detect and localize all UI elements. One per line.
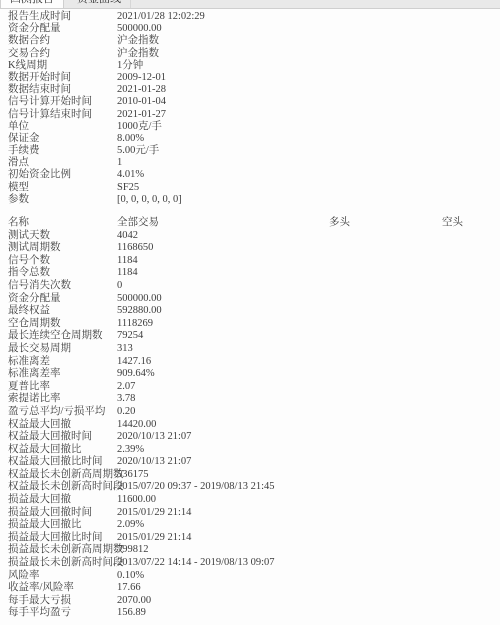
table-row: 权益最大回撤 14420.00 [0, 419, 500, 432]
info-row-value: 2010-01-04 [117, 96, 500, 108]
stats-row-label: 最长交易周期 [0, 343, 117, 356]
stats-row-short-value [442, 494, 500, 507]
stats-row-all-value: 2015/01/29 21:14 [117, 507, 329, 520]
stats-row-long-value [329, 280, 442, 293]
table-row: 每手最大亏损 2070.00 [0, 595, 500, 608]
stats-row-all-value: 17.66 [117, 582, 329, 595]
report-tab-bar: 回测报告 资金曲线 [0, 0, 500, 9]
stats-row-all-value: 2.39% [117, 444, 329, 457]
info-row-value: 1分钟 [117, 60, 500, 72]
stats-row-all-value: 313 [117, 343, 329, 356]
info-row: 单位 1000克/手 [0, 121, 500, 133]
info-row: 数据结束时间 2021-01-28 [0, 84, 500, 96]
stats-row-long-value [329, 507, 442, 520]
stats-row-long-value [329, 607, 442, 620]
info-row-label: 资金分配量 [0, 23, 117, 35]
info-row-label: 交易合约 [0, 48, 117, 60]
stats-row-label: 最长连续空仓周期数 [0, 330, 117, 343]
table-row: 权益最长未创新高时间段 2015/07/20 09:37 - 2019/08/1… [0, 481, 500, 494]
stats-row-label: 资金分配量 [0, 293, 117, 306]
stats-row-all-value: 909.64% [117, 368, 329, 381]
stats-row-short-value [442, 469, 500, 482]
stats-row-label: 盈亏总平均/亏损平均 [0, 406, 117, 419]
stats-row-short-value [442, 456, 500, 469]
stats-row-all-value: 0 [117, 280, 329, 293]
table-row: 权益最长未创新高周期数 536175 [0, 469, 500, 482]
stats-row-short-value [442, 356, 500, 369]
stats-row-long-value [329, 406, 442, 419]
info-row: 保证金 8.00% [0, 133, 500, 145]
info-row-value: 8.00% [117, 133, 500, 145]
stats-row-label: 每手平均盈亏 [0, 607, 117, 620]
table-row: 最终权益 592880.00 [0, 305, 500, 318]
stats-row-all-value: 2015/07/20 09:37 - 2019/08/13 21:45 [117, 481, 329, 494]
info-row: 报告生成时间 2021/01/28 12:02:29 [0, 11, 500, 23]
info-row: 手续费 5.00元/手 [0, 145, 500, 157]
stats-row-short-value [442, 293, 500, 306]
stats-row-all-value: 2.09% [117, 519, 329, 532]
stats-row-short-value [442, 444, 500, 457]
table-row: 权益最大回撤比时间 2020/10/13 21:07 [0, 456, 500, 469]
stats-row-short-value [442, 280, 500, 293]
table-row: 最长交易周期 313 [0, 343, 500, 356]
stats-row-short-value [442, 305, 500, 318]
table-row: 测试天数 4042 [0, 230, 500, 243]
stats-row-short-value [442, 557, 500, 570]
stats-row-short-value [442, 393, 500, 406]
stats-row-long-value [329, 469, 442, 482]
table-row: 损益最大回撤比 2.09% [0, 519, 500, 532]
stats-row-long-value [329, 544, 442, 557]
stats-row-short-value [442, 582, 500, 595]
report-tab[interactable]: 资金曲线 [68, 0, 131, 9]
stats-row-label: 标准离差 [0, 356, 117, 369]
stats-row-label: 测试天数 [0, 230, 117, 243]
stats-row-long-value [329, 456, 442, 469]
stats-row-label: 测试周期数 [0, 242, 117, 255]
stats-row-all-value: 1184 [117, 255, 329, 268]
info-row-value: 5.00元/手 [117, 145, 500, 157]
stats-row-label: 权益最大回撤时间 [0, 431, 117, 444]
stats-row-long-value [329, 330, 442, 343]
table-row: 信号消失次数 0 [0, 280, 500, 293]
stats-header-short: 空头 [442, 217, 500, 230]
info-row-label: 初始资金比例 [0, 169, 117, 181]
info-row: 交易合约 沪金指数 [0, 48, 500, 60]
stats-row-all-value: 2.07 [117, 381, 329, 394]
stats-row-long-value [329, 532, 442, 545]
info-row: 初始资金比例 4.01% [0, 169, 500, 181]
stats-row-short-value [442, 481, 500, 494]
table-row: 损益最大回撤比时间 2015/01/29 21:14 [0, 532, 500, 545]
stats-row-short-value [442, 267, 500, 280]
info-row: 数据开始时间 2009-12-01 [0, 72, 500, 84]
info-row-value: 沪金指数 [117, 48, 500, 60]
stats-row-label: 权益最大回撤比时间 [0, 456, 117, 469]
stats-row-label: 损益最长未创新高时间段 [0, 557, 117, 570]
stats-row-all-value: 592880.00 [117, 305, 329, 318]
stats-row-label: 空仓周期数 [0, 318, 117, 331]
stats-header-long: 多头 [329, 217, 442, 230]
stats-row-short-value [442, 544, 500, 557]
stats-row-short-value [442, 570, 500, 583]
table-row: 资金分配量 500000.00 [0, 293, 500, 306]
stats-row-long-value [329, 293, 442, 306]
stats-row-long-value [329, 255, 442, 268]
stats-row-short-value [442, 255, 500, 268]
table-row: 索提诺比率 3.78 [0, 393, 500, 406]
stats-row-label: 索提诺比率 [0, 393, 117, 406]
table-row: 指令总数 1184 [0, 267, 500, 280]
stats-row-all-value: 2015/01/29 21:14 [117, 532, 329, 545]
stats-row-short-value [442, 419, 500, 432]
stats-row-label: 夏普比率 [0, 381, 117, 394]
stats-row-all-value: 14420.00 [117, 419, 329, 432]
report-info-table: 报告生成时间 2021/01/28 12:02:29 资金分配量 500000.… [0, 11, 500, 206]
stats-row-short-value [442, 242, 500, 255]
info-row-value: 2021-01-27 [117, 109, 500, 121]
stats-row-label: 风险率 [0, 570, 117, 583]
stats-row-all-value: 3.78 [117, 393, 329, 406]
stats-row-label: 权益最大回撤比 [0, 444, 117, 457]
info-row-value: 1 [117, 157, 500, 169]
stats-row-short-value [442, 532, 500, 545]
info-row-label: 保证金 [0, 133, 117, 145]
info-row: K线周期 1分钟 [0, 60, 500, 72]
stats-header-row: 名称 全部交易 多头 空头 [0, 217, 500, 230]
table-row: 夏普比率 2.07 [0, 381, 500, 394]
stats-row-all-value: 2070.00 [117, 595, 329, 608]
stats-row-label: 权益最大回撤 [0, 419, 117, 432]
stats-row-long-value [329, 267, 442, 280]
info-row-value: 1000克/手 [117, 121, 500, 133]
stats-row-long-value [329, 305, 442, 318]
stats-row-long-value [329, 494, 442, 507]
table-row: 每手平均盈亏 156.89 [0, 607, 500, 620]
stats-row-label: 每手最大亏损 [0, 595, 117, 608]
stats-row-short-value [442, 595, 500, 608]
stats-row-label: 损益最大回撤比时间 [0, 532, 117, 545]
table-row: 权益最大回撤比 2.39% [0, 444, 500, 457]
stats-row-all-value: 156.89 [117, 607, 329, 620]
stats-row-label: 信号个数 [0, 255, 117, 268]
table-row: 最长连续空仓周期数 79254 [0, 330, 500, 343]
stats-row-all-value: 4042 [117, 230, 329, 243]
info-row-value: 2021/01/28 12:02:29 [117, 11, 500, 23]
stats-row-long-value [329, 419, 442, 432]
stats-row-all-value: 536175 [117, 469, 329, 482]
info-row-label: 模型 [0, 182, 117, 194]
stats-row-all-value: 1118269 [117, 318, 329, 331]
stats-row-long-value [329, 242, 442, 255]
info-row-value: 2021-01-28 [117, 84, 500, 96]
stats-row-short-value [442, 406, 500, 419]
stats-row-long-value [329, 431, 442, 444]
table-row: 测试周期数 1168650 [0, 242, 500, 255]
table-row: 空仓周期数 1118269 [0, 318, 500, 331]
info-row-label: K线周期 [0, 60, 117, 72]
stats-row-long-value [329, 343, 442, 356]
info-row-label: 手续费 [0, 145, 117, 157]
stats-row-long-value [329, 557, 442, 570]
stats-row-all-value: 500000.00 [117, 293, 329, 306]
stats-row-long-value [329, 381, 442, 394]
info-row: 数据合约 沪金指数 [0, 35, 500, 47]
stats-row-all-value: 1168650 [117, 242, 329, 255]
stats-row-long-value [329, 356, 442, 369]
stats-row-all-value: 2020/10/13 21:07 [117, 431, 329, 444]
stats-row-all-value: 1184 [117, 267, 329, 280]
table-row: 收益率/风险率 17.66 [0, 582, 500, 595]
info-row-label: 参数 [0, 194, 117, 206]
info-row-label: 信号计算开始时间 [0, 96, 117, 108]
stats-row-label: 收益率/风险率 [0, 582, 117, 595]
info-row: 模型 SF25 [0, 182, 500, 194]
table-row: 损益最长未创新高时间段 2013/07/22 14:14 - 2019/08/1… [0, 557, 500, 570]
stats-row-all-value: 2013/07/22 14:14 - 2019/08/13 09:07 [117, 557, 329, 570]
stats-row-short-value [442, 368, 500, 381]
table-row: 权益最大回撤时间 2020/10/13 21:07 [0, 431, 500, 444]
stats-row-short-value [442, 230, 500, 243]
stats-row-all-value: 2020/10/13 21:07 [117, 456, 329, 469]
info-row-label: 数据结束时间 [0, 84, 117, 96]
info-row-value: SF25 [117, 182, 500, 194]
info-row-label: 报告生成时间 [0, 11, 117, 23]
info-row: 信号计算开始时间 2010-01-04 [0, 96, 500, 108]
info-row: 参数 [0, 0, 0, 0, 0, 0] [0, 194, 500, 206]
stats-row-long-value [329, 481, 442, 494]
stats-row-all-value: 79254 [117, 330, 329, 343]
stats-row-short-value [442, 343, 500, 356]
stats-row-long-value [329, 230, 442, 243]
stats-row-label: 损益最大回撤时间 [0, 507, 117, 520]
stats-row-short-value [442, 507, 500, 520]
stats-row-short-value [442, 381, 500, 394]
table-row: 损益最大回撤时间 2015/01/29 21:14 [0, 507, 500, 520]
stats-row-label: 损益最大回撤 [0, 494, 117, 507]
stats-row-long-value [329, 570, 442, 583]
stats-row-short-value [442, 330, 500, 343]
report-tab[interactable]: 回测报告 [0, 0, 64, 9]
info-row-value: [0, 0, 0, 0, 0, 0] [117, 194, 500, 206]
info-row: 信号计算结束时间 2021-01-27 [0, 109, 500, 121]
stats-row-all-value: 0.20 [117, 406, 329, 419]
stats-row-all-value: 799812 [117, 544, 329, 557]
stats-row-short-value [442, 431, 500, 444]
table-row: 损益最大回撤 11600.00 [0, 494, 500, 507]
stats-row-label: 标准离差率 [0, 368, 117, 381]
info-row-value: 2009-12-01 [117, 72, 500, 84]
info-row: 滑点 1 [0, 157, 500, 169]
stats-row-long-value [329, 519, 442, 532]
stats-row-long-value [329, 318, 442, 331]
table-row: 标准离差 1427.16 [0, 356, 500, 369]
stats-row-short-value [442, 318, 500, 331]
stats-row-long-value [329, 368, 442, 381]
table-row: 盈亏总平均/亏损平均 0.20 [0, 406, 500, 419]
table-row: 风险率 0.10% [0, 570, 500, 583]
stats-row-short-value [442, 607, 500, 620]
table-row: 标准离差率 909.64% [0, 368, 500, 381]
table-row: 损益最长未创新高周期数 799812 [0, 544, 500, 557]
table-row: 信号个数 1184 [0, 255, 500, 268]
info-row-label: 数据合约 [0, 35, 117, 47]
backtest-report-window: 回测报告 资金曲线 报告生成时间 2021/01/28 12:02:29 资金分… [0, 0, 500, 625]
info-row-label: 单位 [0, 121, 117, 133]
info-row-label: 数据开始时间 [0, 72, 117, 84]
info-row-label: 滑点 [0, 157, 117, 169]
info-row-value: 4.01% [117, 169, 500, 181]
stats-row-long-value [329, 582, 442, 595]
stats-header-name: 名称 [0, 217, 117, 230]
info-row-label: 信号计算结束时间 [0, 109, 117, 121]
stats-row-label: 损益最大回撤比 [0, 519, 117, 532]
stats-row-all-value: 1427.16 [117, 356, 329, 369]
stats-row-label: 指令总数 [0, 267, 117, 280]
info-row-value: 500000.00 [117, 23, 500, 35]
info-row: 资金分配量 500000.00 [0, 23, 500, 35]
stats-row-label: 权益最长未创新高时间段 [0, 481, 117, 494]
stats-row-label: 信号消失次数 [0, 280, 117, 293]
stats-row-label: 最终权益 [0, 305, 117, 318]
info-row-value: 沪金指数 [117, 35, 500, 47]
stats-row-all-value: 0.10% [117, 570, 329, 583]
report-stats-table: 名称 全部交易 多头 空头 测试天数 4042 测试周期数 1168650 信号… [0, 217, 500, 620]
stats-row-label: 权益最长未创新高周期数 [0, 469, 117, 482]
stats-row-label: 损益最长未创新高周期数 [0, 544, 117, 557]
stats-row-short-value [442, 519, 500, 532]
stats-row-long-value [329, 393, 442, 406]
stats-row-all-value: 11600.00 [117, 494, 329, 507]
stats-header-all: 全部交易 [117, 217, 329, 230]
stats-row-long-value [329, 595, 442, 608]
stats-row-long-value [329, 444, 442, 457]
